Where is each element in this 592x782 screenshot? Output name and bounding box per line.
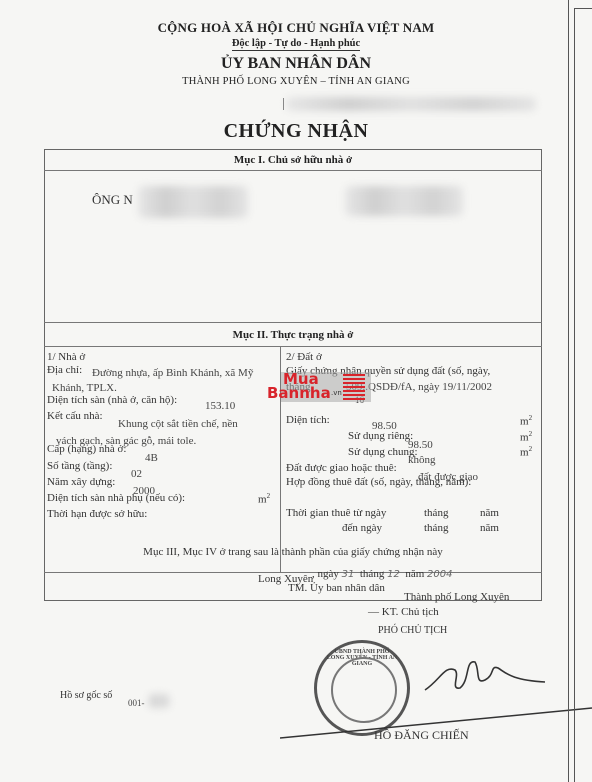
address-value-line1: Đường nhựa, ấp Bình Khánh, xã Mỹ — [92, 367, 253, 379]
shared-use-unit: m2 — [520, 445, 532, 459]
owner-name-prefix: ÔNG N — [92, 192, 133, 208]
lease-contract-label: Hợp đồng thuê đất (số, ngày, tháng, năm)… — [286, 476, 471, 488]
house-heading: 1/ Nhà ở — [47, 351, 85, 363]
redacted-record-number — [148, 694, 170, 708]
record-value: 001- — [128, 698, 145, 708]
divider — [44, 170, 542, 171]
page-edge — [568, 0, 569, 782]
floor-area-label: Diện tích sàn (nhà ở, căn hộ): — [47, 394, 177, 406]
country-heading: CỘNG HOÀ XÃ HỘI CHỦ NGHĨA VIỆT NAM — [0, 20, 592, 36]
structure-label: Kết cấu nhà: — [47, 410, 103, 422]
signature-scribble — [420, 650, 550, 700]
squared-sup: 2 — [529, 414, 533, 422]
date-month-label: tháng — [360, 568, 384, 580]
signature-date: , ngày 31 tháng 12 năm 2004 — [312, 568, 452, 580]
footer-note: Mục III, Mục IV ở trang sau là thành phầ… — [44, 546, 542, 558]
motto-text: Độc lập - Tự do - Hạnh phúc — [232, 38, 360, 51]
aux-area-label: Diện tích sàn nhà phụ (nếu có): — [47, 492, 185, 504]
lease-to-month: tháng — [424, 522, 448, 534]
squared-sup: 2 — [529, 430, 533, 438]
page-edge-top — [574, 8, 592, 9]
land-area-label: Diện tích: — [286, 414, 330, 426]
shared-use-value: không — [408, 454, 436, 466]
city-label: Thành phố Long Xuyên — [404, 591, 509, 603]
section2-heading: Mục II. Thực trạng nhà ở — [44, 329, 542, 341]
section1-heading: Mục I. Chủ sở hữu nhà ở — [44, 154, 542, 166]
grade-value: 4B — [145, 452, 158, 464]
divider — [44, 346, 542, 347]
unit-text: m — [520, 432, 529, 444]
redacted-number — [286, 97, 536, 111]
signer-name: HỒ ĐĂNG CHIẾN — [374, 728, 469, 743]
authority-heading: ỦY BAN NHÂN DÂN — [0, 55, 592, 73]
watermark-suffix: .vn — [331, 389, 342, 397]
watermark: Mua Bannha .vn — [281, 372, 371, 402]
redacted-owner-name — [138, 186, 248, 218]
locality-heading: THÀNH PHỐ LONG XUYÊN – TỈNH AN GIANG — [0, 76, 592, 87]
redacted-bracket — [283, 98, 288, 110]
date-year: 2004 — [427, 569, 452, 580]
lease-from-year: năm — [480, 507, 499, 519]
aux-area-unit-text: m — [258, 494, 267, 506]
record-label: Hồ sơ gốc số — [60, 690, 112, 701]
divider — [44, 322, 542, 323]
document-title: CHỨNG NHẬN — [0, 120, 592, 143]
unit-text: m — [520, 447, 529, 459]
year-built-label: Năm xây dựng: — [47, 476, 115, 488]
floors-label: Số tầng (tầng): — [47, 460, 112, 472]
redacted-owner-id — [345, 186, 463, 216]
lease-to-label: đến ngày — [342, 522, 382, 534]
structure-value-line1: Khung cột sắt tiền chế, nền — [118, 418, 238, 430]
on-behalf-label: TM. Ủy ban nhân dân — [288, 582, 385, 594]
role-label: PHÓ CHỦ TỊCH — [378, 625, 447, 636]
role-handwritten: — KT. Chủ tịch — [368, 606, 439, 618]
squared-sup: 2 — [529, 445, 533, 453]
private-use-label: Sử dụng riêng: — [348, 430, 413, 442]
aux-area-unit: m2 — [258, 492, 270, 506]
land-heading: 2/ Đất ở — [286, 351, 322, 363]
date-year-label: năm — [405, 568, 424, 580]
unit-text: m — [520, 416, 529, 428]
ownership-term-label: Thời hạn được sở hữu: — [47, 508, 147, 520]
watermark-line2: Bannha — [267, 386, 331, 400]
allocation-label: Đất được giao hoặc thuê: — [286, 462, 397, 474]
date-prefix: , ngày — [312, 568, 339, 580]
private-use-unit: m2 — [520, 430, 532, 444]
lease-from-month: tháng — [424, 507, 448, 519]
lease-from-label: Thời gian thuê từ ngày — [286, 507, 386, 519]
lease-to-year: năm — [480, 522, 499, 534]
squared-sup: 2 — [267, 492, 271, 500]
floor-area-value: 153.10 — [205, 400, 235, 412]
land-area-unit: m2 — [520, 414, 532, 428]
floors-value: 02 — [131, 468, 142, 480]
address-label: Địa chỉ: — [47, 364, 82, 376]
watermark-logo-icon — [343, 374, 365, 400]
motto: Độc lập - Tự do - Hạnh phúc — [0, 38, 592, 49]
address-value-line2: Khánh, TPLX. — [52, 382, 117, 394]
date-day: 31 — [342, 569, 355, 580]
date-month: 12 — [387, 569, 400, 580]
page-edge — [574, 8, 575, 782]
grade-label: Cấp (hạng) nhà ở: — [47, 443, 126, 455]
